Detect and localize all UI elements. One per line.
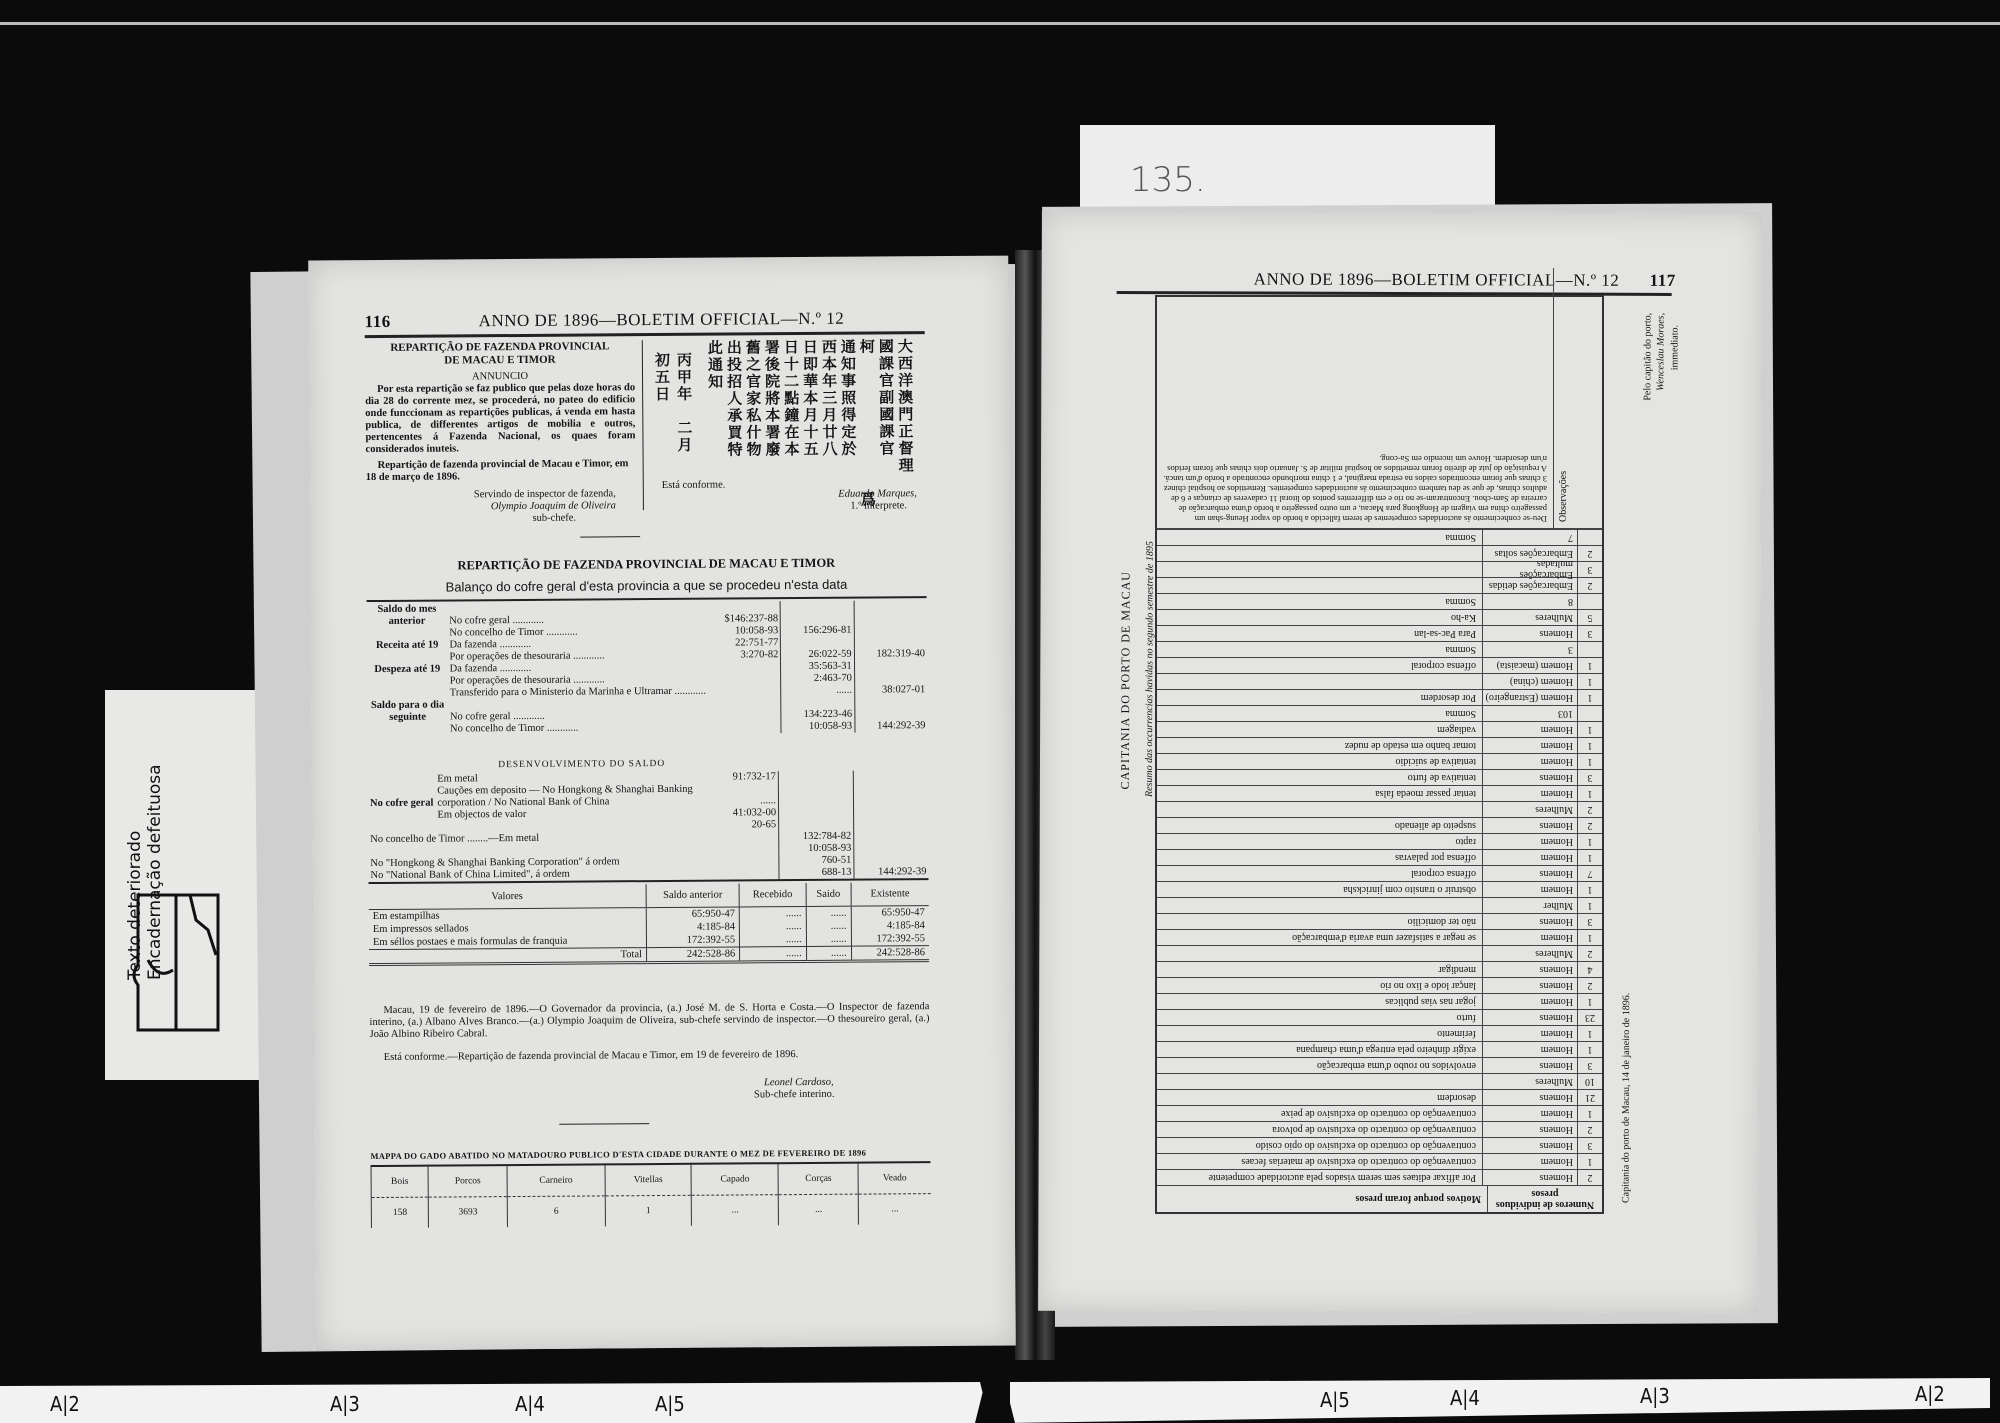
- occurrence-motive: não ter domicilio: [1157, 916, 1482, 927]
- occurrence-row: 4Homensmendigar: [1157, 961, 1602, 977]
- development-c1: 20-65: [704, 819, 779, 832]
- occurrence-who: Homens: [1482, 1090, 1577, 1105]
- balance-c3: 38:027-01: [854, 684, 927, 697]
- gado-value: 1: [605, 1195, 692, 1226]
- gado-header: Veado: [858, 1162, 930, 1194]
- col-header-motive: Motivos porque foram presos: [1157, 1194, 1487, 1205]
- chinese-date-column: 初五日: [651, 352, 674, 454]
- gado-header: Corças: [778, 1163, 858, 1195]
- occurrence-count: [1577, 530, 1602, 545]
- other-c3: [854, 854, 929, 867]
- occurrence-motive: tomar banho em estado de nudez: [1157, 740, 1482, 751]
- ruler-label: A|4: [1450, 1386, 1480, 1410]
- occurrence-count: 1: [1577, 658, 1602, 673]
- balance-c3: [854, 660, 927, 673]
- balance-c3: [854, 696, 927, 721]
- development-c3: [853, 770, 928, 783]
- occurrence-who: Mulheres: [1482, 1074, 1577, 1089]
- balance-table: Saldo do mes anteriorNo cofre geral ....…: [367, 600, 928, 736]
- occurrence-count: 2: [1577, 546, 1602, 561]
- occurrence-row: 1Homemexigir dinheiro pela entrega d'uma…: [1157, 1041, 1602, 1057]
- occurrence-who: Homem (china): [1482, 674, 1577, 689]
- balance-c1: 22:751-77: [708, 637, 781, 650]
- balance-c2: 134:223-46: [781, 697, 854, 722]
- gado-values-row: 158369361.........: [371, 1194, 931, 1228]
- balance-c3: 182:319-40: [854, 648, 927, 661]
- gado-table: BoisPorcosCarneiroVitellasCapadoCorçasVe…: [371, 1161, 931, 1228]
- occurrence-row: 1Homem (macaista)offensa corporal: [1157, 657, 1602, 673]
- chinese-conform: Está conforme.: [662, 480, 726, 492]
- occurrence-count: 2: [1577, 578, 1602, 593]
- occurrence-motive: contravenção do contracto do exclusivo d…: [1157, 1108, 1482, 1119]
- occurrence-motive: se negar a satisfazer uma avaria d'embar…: [1157, 932, 1482, 943]
- occurrence-who: 3: [1482, 642, 1577, 657]
- development-c3: [853, 782, 928, 807]
- occurrence-who: Homem: [1482, 786, 1577, 801]
- ruler-label: A|2: [50, 1392, 80, 1416]
- occurrence-who: Homem: [1482, 882, 1577, 897]
- capitania-subtitle: Resumo das occurrencias havidas no segun…: [1144, 541, 1156, 797]
- other-c3: [854, 842, 929, 855]
- gado-header: Bois: [371, 1166, 428, 1198]
- occurrence-who: Homem: [1482, 722, 1577, 737]
- other-c2: 10:058-93: [779, 843, 854, 856]
- conforme-line: Está conforme.—Repartição de fazenda pro…: [384, 1048, 924, 1064]
- balance-group: Saldo do mes anterior: [367, 603, 448, 628]
- valores-header: Saldo anterior: [646, 883, 739, 907]
- balance-c1: 3:270-82: [708, 649, 781, 662]
- valores-header: Existente: [851, 882, 929, 906]
- occurrence-who: Homem: [1482, 1106, 1577, 1121]
- valores-cell: 65:950-47: [851, 906, 929, 920]
- right-page-number: 117: [1650, 271, 1676, 291]
- observacoes-header: Observações: [1553, 268, 1602, 528]
- balance-group: [367, 675, 448, 688]
- occurrence-who: Homens: [1482, 914, 1577, 929]
- occurrence-row: 1Homemrapto: [1157, 833, 1602, 849]
- occurrence-row: 1Homemjogar nas vias publicas: [1157, 993, 1602, 1009]
- head-rule: [365, 331, 925, 338]
- occurrence-motive: mendigar: [1157, 964, 1482, 975]
- ruler-label: A|4: [515, 1392, 545, 1416]
- occurrence-row: 2Homenscontravenção do contracto do excl…: [1157, 1121, 1602, 1137]
- occurrence-who: Homem: [1482, 1042, 1577, 1057]
- occurrence-who: 7: [1482, 530, 1577, 545]
- occurrence-motive: ferimento: [1157, 1028, 1482, 1039]
- occurrence-row: 3Homensnão ter domicilio: [1157, 913, 1602, 929]
- occurrence-motive: suspeito de alienado: [1157, 820, 1482, 831]
- occurrence-who: Homens: [1482, 1122, 1577, 1137]
- occurrence-count: 21: [1577, 1090, 1602, 1105]
- annuncio-body: Por esta repartição se faz publico que p…: [365, 382, 635, 456]
- gado-value: 6: [507, 1196, 605, 1227]
- occurrence-who: 8: [1482, 594, 1577, 609]
- occurrence-row: 3Embarcações multadas: [1157, 561, 1602, 577]
- occurrence-motive: lançar lodo e lixo no rio: [1157, 980, 1482, 991]
- occurrence-row: 2HomensPor affixar editaes sem serem vis…: [1157, 1169, 1602, 1185]
- occurrence-motive: exigir dinheiro pela entrega d'uma champ…: [1157, 1044, 1482, 1055]
- occurrence-count: 1: [1577, 1026, 1602, 1041]
- chinese-notice: 大西洋澳門正督理國課官副國課官柯 爲通知事照得定於西本年三月廿八日即華本月十五日…: [651, 338, 917, 510]
- occurrence-row: 2Mulheres: [1157, 945, 1602, 961]
- other-c2: 688-13: [779, 867, 854, 880]
- occurrence-count: 1: [1577, 722, 1602, 737]
- occurrence-who: Homem (macaista): [1482, 658, 1577, 673]
- occurrence-who: Homens: [1482, 978, 1577, 993]
- occurrence-motive: Por desordem: [1157, 692, 1482, 703]
- occurrence-row: 1Homemcontravenção do contracto do exclu…: [1157, 1153, 1602, 1169]
- occurrence-motive: envolvidos no roubo d'uma embarcação: [1157, 1060, 1482, 1071]
- development-group: No cofre geral: [368, 786, 436, 810]
- occurrence-row: 2Homenslançar lodo e lixo no rio: [1157, 977, 1602, 993]
- occurrence-count: 2: [1577, 802, 1602, 817]
- balance-c3: [854, 636, 927, 649]
- ruler-label: A|5: [655, 1392, 685, 1416]
- occurrence-who: Homens: [1482, 962, 1577, 977]
- occurrence-count: 3: [1577, 1138, 1602, 1153]
- occurrence-row: 3Somma: [1157, 641, 1602, 657]
- valores-cell: ......: [806, 920, 851, 933]
- occurrence-who: Homens: [1482, 626, 1577, 641]
- occurrence-row: 8Somma: [1157, 593, 1602, 609]
- occurrence-who: Embarcações soltas: [1482, 546, 1577, 561]
- valores-table: ValoresSaldo anteriorRecebidoSaidoExiste…: [369, 882, 930, 966]
- balance-c2: 26:022-59: [781, 649, 854, 662]
- gado-header: Capado: [691, 1163, 778, 1195]
- valores-cell: ......: [740, 946, 807, 961]
- occurrence-count: 1: [1577, 690, 1602, 705]
- balance-label: No cofre geral ............: [447, 602, 707, 628]
- sub-sign-title: Sub-chefe interino.: [754, 1089, 835, 1102]
- occurrence-who: Mulher: [1482, 898, 1577, 913]
- occurrence-row: 3Homenscontravenção do contracto do excl…: [1157, 1137, 1602, 1153]
- occurrence-count: 1: [1577, 738, 1602, 753]
- sign-name: Wenceslau Moraes,: [1655, 313, 1666, 391]
- occurrence-motive: contravenção do contracto do exclusivo d…: [1157, 1156, 1482, 1167]
- gado-value: ...: [859, 1194, 931, 1225]
- chinese-sign-name: Eduardo Marques,: [838, 488, 917, 501]
- occurrence-motive: Somma: [1157, 532, 1482, 543]
- balance-label: No cofre geral ............: [448, 698, 708, 724]
- occurrence-count: 3: [1577, 1058, 1602, 1073]
- balance-c1: [708, 673, 781, 686]
- chinese-date-column: 丙甲年 二月: [673, 352, 696, 454]
- balance-c2: 35:563-31: [781, 661, 854, 674]
- valores-total-row: Total242:528-86............242:528-86: [369, 946, 929, 965]
- occurrence-motive: offensa corporal: [1157, 868, 1482, 879]
- occurrence-motive: vadiagem: [1157, 724, 1482, 735]
- development-group: [368, 774, 435, 786]
- gado-header: Carneiro: [507, 1164, 605, 1196]
- occurrence-count: 3: [1577, 562, 1602, 577]
- occurrence-count: 1: [1577, 834, 1602, 849]
- occurrence-who: Homem: [1482, 850, 1577, 865]
- valores-header: Recebido: [739, 883, 806, 907]
- valores-cell: ......: [739, 906, 806, 920]
- occurrence-count: 2: [1577, 978, 1602, 993]
- occurrence-motive: tentar passar moeda falsa: [1157, 788, 1482, 799]
- occurrence-row: 1Homemse negar a satisfazer uma avaria d…: [1157, 929, 1602, 945]
- occurrence-count: 7: [1577, 866, 1602, 881]
- occurrence-count: 3: [1577, 770, 1602, 785]
- development-c2: [779, 819, 854, 832]
- development-group: [368, 822, 435, 834]
- valores-header: Valores: [369, 884, 647, 909]
- separator-2: [559, 1123, 649, 1125]
- occurrence-motive: contravenção do contracto do exclusivo d…: [1157, 1140, 1482, 1151]
- occurrence-row: 21Homensdesordem: [1157, 1089, 1602, 1105]
- occurrence-motive: Somma: [1157, 596, 1482, 607]
- occurrence-motive: tentativa de furto: [1157, 772, 1482, 783]
- occurrence-motive: Por affixar editaes sem serem visados pe…: [1157, 1172, 1482, 1183]
- occurrence-count: [1577, 706, 1602, 721]
- occurrence-count: 1: [1577, 882, 1602, 897]
- occurrence-who: Homens: [1482, 1138, 1577, 1153]
- occurrence-row: 3HomensPara Pac-sa-lan: [1157, 625, 1602, 641]
- annuncio-sign-title: sub-chefe.: [366, 512, 636, 526]
- occurrence-motive: rapto: [1157, 836, 1482, 847]
- occurrence-who: Homens: [1482, 1058, 1577, 1073]
- occurrence-count: 3: [1577, 914, 1602, 929]
- balance-c2: ......: [781, 685, 854, 698]
- balance-c1: 10:058-93: [708, 625, 781, 638]
- valores-cell: ......: [806, 906, 851, 920]
- balance-c1: [708, 697, 781, 722]
- occurrence-count: 3: [1577, 626, 1602, 641]
- occurrence-who: Homem: [1482, 930, 1577, 945]
- annuncio-dept-1: REPARTIÇÃO DE FAZENDA PROVINCIAL: [365, 340, 635, 355]
- observacoes-text: Deu-se conhecimento ás auctoridades comp…: [1157, 268, 1553, 528]
- occurrence-row: 1Homemoffensa por palavras: [1157, 849, 1602, 865]
- occurrence-count: 2: [1577, 1170, 1602, 1185]
- balance-group: [367, 723, 448, 736]
- valores-cell: 242:528-86: [646, 947, 739, 963]
- gado-value: 3693: [429, 1197, 508, 1228]
- occurrence-count: 1: [1577, 898, 1602, 913]
- occurrence-who: Homem: [1482, 1026, 1577, 1041]
- balance-group: Saldo para o dia seguinte: [367, 699, 448, 724]
- valores-cell: 4:185-84: [851, 919, 929, 933]
- occurrence-count: 2: [1577, 818, 1602, 833]
- chinese-sign-title: 1.º interprete.: [850, 500, 907, 512]
- occurrence-motive: desordem: [1157, 1092, 1482, 1103]
- valores-cell: 242:528-86: [851, 946, 929, 962]
- ruler-label: A|5: [1320, 1388, 1350, 1412]
- occurrence-who: Homens: [1482, 1170, 1577, 1185]
- occurrence-row: 3Homenstentativa de furto: [1157, 769, 1602, 785]
- development-c3: [854, 818, 929, 831]
- valores-cell: ......: [740, 933, 807, 947]
- occurrence-motive: tentativa de suicidio: [1157, 756, 1482, 767]
- other-c2: 760-51: [779, 855, 854, 868]
- occurrence-count: 4: [1577, 962, 1602, 977]
- occurrence-row: 1Homemobstruir o transito com jinricksha: [1157, 881, 1602, 897]
- separator: [580, 536, 640, 537]
- balance-label: Transferido para o Ministerio da Marinha…: [448, 686, 708, 700]
- occurrence-row: 7Somma: [1157, 529, 1602, 545]
- balance-c2: 10:058-93: [781, 721, 854, 734]
- valores-cell: 172:392-55: [646, 933, 739, 947]
- occurrence-row: 2Homenssuspeito de alienado: [1157, 817, 1602, 833]
- development-c2: [779, 807, 854, 820]
- occurrence-count: 1: [1577, 1154, 1602, 1169]
- occurrence-count: 2: [1577, 1122, 1602, 1137]
- balance-c3: [854, 672, 927, 685]
- left-page: 116 ANNO DE 1896—BOLETIM OFFICIAL—N.º 12…: [308, 256, 1016, 1351]
- occurrence-count: 23: [1577, 1010, 1602, 1025]
- occurrence-count: 1: [1577, 850, 1602, 865]
- balance-c2: 2:463-70: [781, 673, 854, 686]
- development-group: [368, 810, 435, 822]
- occurrence-count: 1: [1577, 994, 1602, 1009]
- occurrence-motive: Somma: [1157, 708, 1482, 719]
- torn-book-icon: [128, 890, 223, 1035]
- balance-c1: $146:237-88: [707, 601, 780, 626]
- ruler-label: A|2: [1915, 1382, 1945, 1406]
- column-divider: [642, 340, 644, 510]
- annuncio-sign-name: Olympio Joaquim de Oliveira: [366, 500, 636, 514]
- valores-cell: ......: [806, 933, 851, 947]
- occurrence-who: Homem: [1482, 738, 1577, 753]
- development-c1: ......: [704, 783, 779, 808]
- occurrence-motive: Somma: [1157, 644, 1482, 655]
- development-c2: [778, 771, 853, 784]
- occurrence-row: 1Homemferimento: [1157, 1025, 1602, 1041]
- balance-group: [367, 651, 448, 664]
- occurrence-row: 3Homensenvolvidos no roubo d'uma embarca…: [1157, 1057, 1602, 1073]
- occurrence-who: Mulheres: [1482, 946, 1577, 961]
- valores-cell: 172:392-55: [851, 932, 929, 946]
- occurrence-who: Homens: [1482, 866, 1577, 881]
- occurrence-row: 1Homemvadiagem: [1157, 721, 1602, 737]
- valores-cell: ......: [740, 920, 807, 933]
- gado-value: 158: [371, 1197, 428, 1228]
- balance-subtitle: Balanço do cofre geral d'esta provincia …: [366, 576, 926, 595]
- occurrence-count: [1577, 642, 1602, 657]
- balance-group: [367, 687, 448, 700]
- bottom-ruler: A|2A|3A|4A|5 A|5A|4A|3A|2: [0, 1378, 2000, 1423]
- occurrences-table-region: Numeros de individuos presos Motivos por…: [1155, 295, 1600, 1210]
- occurrence-who: Homem (Estrangeiro): [1482, 690, 1577, 705]
- balance-row: No concelho de Timor ............10:058-…: [367, 720, 927, 736]
- occurrence-row: 103Somma: [1157, 705, 1602, 721]
- occurrence-who: Homens: [1482, 818, 1577, 833]
- occurrence-count: [1577, 594, 1602, 609]
- occurrence-motive: contravenção do contracto do exclusivo d…: [1157, 1124, 1482, 1135]
- occurrence-motive: jogar nas vias publicas: [1157, 996, 1482, 1007]
- valores-cell: Total: [369, 948, 647, 965]
- balance-c1: [708, 685, 781, 698]
- balance-c3: 144:292-39: [855, 720, 928, 733]
- left-running-head: ANNO DE 1896—BOLETIM OFFICIAL—N.º 12: [479, 309, 845, 332]
- development-label: Cauções em deposito — No Hongkong & Shan…: [435, 784, 704, 810]
- development-c1: 91:732-17: [704, 771, 779, 784]
- occurrence-who: Mulheres: [1482, 802, 1577, 817]
- annuncio-dept-2: DE MACAU E TIMOR: [365, 353, 635, 368]
- ruler-label: A|3: [1640, 1384, 1670, 1408]
- development-c3: [854, 806, 929, 819]
- occurrence-who: Homens: [1482, 1010, 1577, 1025]
- left-page-number: 116: [365, 312, 391, 332]
- balance-title: REPARTIÇÃO DE FAZENDA PROVINCIAL DE MACA…: [366, 556, 926, 573]
- sign-title: immediato.: [1669, 325, 1680, 370]
- balance-group: Receita até 19: [367, 639, 448, 652]
- occurrences-table: Numeros de individuos presos Motivos por…: [1155, 295, 1604, 1214]
- occurrence-who: Embarcações multadas: [1482, 562, 1577, 577]
- balance-c2: [781, 601, 854, 626]
- occurrence-row: 23Homensfurto: [1157, 1009, 1602, 1025]
- gado-header: Porcos: [428, 1165, 507, 1197]
- balance-group: Despeza até 19: [367, 663, 448, 676]
- occurrence-motive: furto: [1157, 1012, 1482, 1023]
- occurrence-motive: obstruir o transito com jinricksha: [1157, 884, 1482, 895]
- balance-c2: 156:296-81: [781, 625, 854, 638]
- occurrence-who: Mulheres: [1482, 610, 1577, 625]
- occurrence-row: 1Mulher: [1157, 897, 1602, 913]
- occurrence-who: Homem: [1482, 754, 1577, 769]
- valores-cell: ......: [806, 946, 851, 961]
- occurrence-motive: Para Pac-sa-lan: [1157, 628, 1482, 639]
- occurrence-count: 1: [1577, 1042, 1602, 1057]
- occurrence-row: 1Homemtentar passar moeda falsa: [1157, 785, 1602, 801]
- ruler-label: A|3: [330, 1392, 360, 1416]
- development-c2: [778, 783, 853, 808]
- development-table: Em metal91:732-17No cofre geralCauções e…: [368, 770, 929, 882]
- occurrence-motive: offensa corporal: [1157, 660, 1482, 671]
- occurrence-row: 1Homemtentativa de suicidio: [1157, 753, 1602, 769]
- balance-c3: [854, 624, 927, 637]
- occurrence-row: 2Embarcações soltas: [1157, 545, 1602, 561]
- gado-value: ...: [778, 1194, 858, 1225]
- annuncio-block: REPARTIÇÃO DE FAZENDA PROVINCIAL DE MACA…: [365, 340, 636, 526]
- balance-c2: [781, 637, 854, 650]
- balance-label: No concelho de Timor ............: [448, 722, 708, 736]
- occurrence-who: Homem: [1482, 1154, 1577, 1169]
- sign-role: Pelo capitão do porto,: [1642, 313, 1653, 401]
- capitania-title: CAPITANIA DO PORTO DE MACAU: [1118, 571, 1134, 790]
- occurrence-row: 1Homemtomar banho em estado de nudez: [1157, 737, 1602, 753]
- occurrence-row: 10Mulheres: [1157, 1073, 1602, 1089]
- occurrence-row: 7Homensoffensa corporal: [1157, 865, 1602, 881]
- chinese-column: 大西洋澳門正督理: [897, 338, 917, 508]
- valores-cell: 65:950-47: [646, 907, 739, 921]
- scan-border-line: [0, 22, 2000, 25]
- occurrence-count: 2: [1577, 946, 1602, 961]
- capitania-signature: Pelo capitão do porto,: [1641, 313, 1654, 401]
- occurrence-motive: offensa por palavras: [1157, 852, 1482, 863]
- gado-header: Vitellas: [605, 1164, 692, 1196]
- occurrence-who: 103: [1482, 706, 1577, 721]
- occurrence-count: 1: [1577, 930, 1602, 945]
- gado-title: MAPPA DO GADO ABATIDO NO MATADOURO PUBLI…: [370, 1146, 930, 1163]
- other-c3: 144:292-39: [854, 866, 929, 879]
- occurrence-row: 5MulheresKa-ho: [1157, 609, 1602, 625]
- sub-sign-name: Leonel Cardoso,: [764, 1077, 834, 1089]
- occurrence-count: 1: [1577, 674, 1602, 689]
- signature-paragraph: Macau, 19 de fevereiro de 1896.—O Govern…: [369, 1001, 929, 1041]
- balance-c1: [708, 661, 781, 674]
- occurrence-count: 1: [1577, 754, 1602, 769]
- occurrence-count: 10: [1577, 1074, 1602, 1089]
- valores-cell: 4:185-84: [646, 920, 739, 934]
- balance-c1: [708, 721, 781, 734]
- occurrence-row: 1Homem (Estrangeiro)Por desordem: [1157, 689, 1602, 705]
- gado-header-row: BoisPorcosCarneiroVitellasCapadoCorçasVe…: [371, 1162, 931, 1197]
- archive-tab-number: 135.: [1130, 160, 1206, 200]
- occurrence-motive: Ka-ho: [1157, 612, 1482, 623]
- development-title: DESENVOLVIMENTO DO SALDO: [432, 758, 732, 772]
- occurrence-who: Homem: [1482, 834, 1577, 849]
